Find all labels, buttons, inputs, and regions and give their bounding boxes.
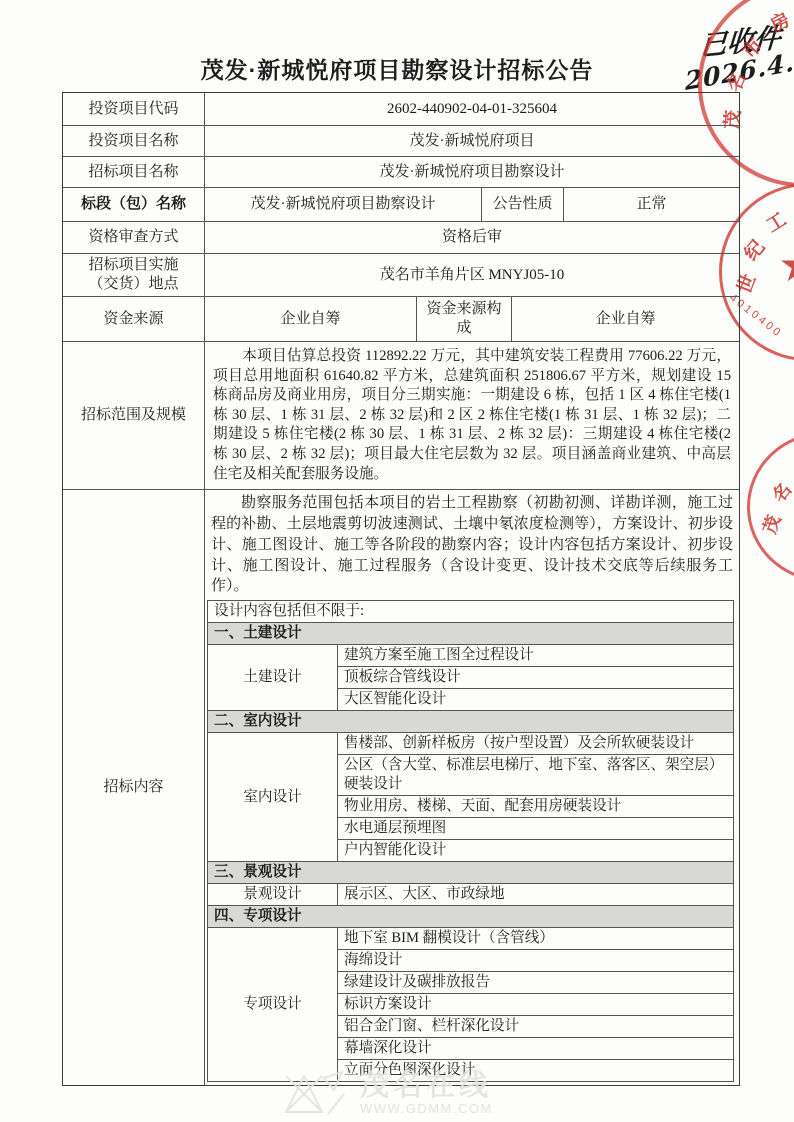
list-item: 大区智能化设计: [338, 689, 734, 711]
row-value: 2602-440902-04-01-325604: [204, 93, 739, 125]
list-item: 地下室 BIM 翻模设计（含管线）: [338, 928, 734, 950]
table-row: 三、景观设计: [208, 862, 734, 884]
list-item: 建筑方案至施工图全过程设计: [338, 645, 734, 667]
watermark-logo-icon: [284, 1070, 350, 1116]
list-item: 户内智能化设计: [338, 840, 734, 862]
list-item: 海绵设计: [338, 950, 734, 972]
list-item: 水电通层预埋图: [338, 818, 734, 840]
row-label: 投资项目代码: [63, 93, 204, 125]
table-row: 招标项目实施 （交货）地点 茂名市羊角片区 MNYJ05-10: [63, 253, 739, 296]
row-label-2: 公告性质: [481, 188, 563, 221]
content-intro-paragraph: 勘察服务范围包括本项目的岩土工程勘察（初勘初测、详勘详测，施工过程的补勘、土层地…: [205, 490, 739, 599]
section-header: 一、土建设计: [208, 623, 734, 645]
document-page: 茂发·新城悦府项目勘察设计招标公告 已收件 2026.4.17 茂 名 市 房 …: [0, 0, 794, 1122]
list-item: 绿建设计及碳排放报告: [338, 972, 734, 994]
design-content-table: 设计内容包括但不限于: 一、土建设计 土建设计 建筑方案至施工图全过程设计 顶板…: [207, 600, 734, 1082]
scope-paragraph: 本项目估算总投资 112892.22 万元，其中建筑安装工程费用 77606.2…: [213, 347, 731, 484]
table-row-scope: 招标范围及规模 本项目估算总投资 112892.22 万元，其中建筑安装工程费用…: [63, 341, 739, 489]
row-value: 茂发·新城悦府项目勘察设计: [204, 188, 481, 221]
table-row: 设计内容包括但不限于:: [208, 601, 734, 623]
row-value: 企业自筹: [204, 297, 416, 341]
list-item: 标识方案设计: [338, 994, 734, 1016]
table-row: 二、室内设计: [208, 711, 734, 733]
red-seal-bottom-icon: 茂 名 市: [747, 432, 794, 582]
row-label: 资格审查方式: [63, 222, 204, 253]
row-label: 招标内容: [63, 490, 204, 1085]
list-item: 幕墙深化设计: [338, 1038, 734, 1060]
table-row: 景观设计 展示区、大区、市政绿地: [208, 884, 734, 906]
row-label: 标段（包）名称: [63, 188, 204, 221]
row-label-2: 资金来源构成: [416, 297, 511, 341]
group-label: 专项设计: [208, 928, 338, 1082]
scope-text-cell: 本项目估算总投资 112892.22 万元，其中建筑安装工程费用 77606.2…: [204, 342, 739, 489]
list-item: 顶板综合管线设计: [338, 667, 734, 689]
row-value-2: 企业自筹: [511, 297, 739, 341]
row-label-line1: 招标项目实施: [88, 256, 178, 275]
page-title: 茂发·新城悦府项目勘察设计招标公告: [0, 52, 794, 85]
list-item: 展示区、大区、市政绿地: [338, 884, 734, 906]
table-row: 室内设计 售楼部、创新样板房（按户型设置）及会所软硬装设计: [208, 733, 734, 755]
content-cell: 勘察服务范围包括本项目的岩土工程勘察（初勘初测、详勘详测，施工过程的补勘、土层地…: [204, 490, 739, 1085]
list-item: 公区（含大堂、标准层电梯厅、地下室、落客区、架空层）硬装设计: [338, 755, 734, 796]
group-label: 土建设计: [208, 645, 338, 711]
design-note: 设计内容包括但不限于:: [208, 601, 734, 623]
table-row: 一、土建设计: [208, 623, 734, 645]
list-item: 物业用房、楼梯、天面、配套用房硬装设计: [338, 796, 734, 818]
table-row: 四、专项设计: [208, 906, 734, 928]
watermark-site-url: WWW.GDMM.COM: [360, 1101, 493, 1116]
table-row: 专项设计 地下室 BIM 翻模设计（含管线）: [208, 928, 734, 950]
row-value-2: 正常: [563, 188, 739, 221]
row-label: 招标范围及规模: [63, 342, 204, 489]
seal-char: 工: [760, 205, 790, 238]
watermark-site-name: 茂名在线: [360, 1071, 493, 1101]
watermark-text: 茂名在线 WWW.GDMM.COM: [360, 1071, 493, 1116]
row-label: 投资项目名称: [63, 126, 204, 156]
table-row: 投资项目名称 茂发·新城悦府项目: [63, 125, 739, 156]
section-header: 三、景观设计: [208, 862, 734, 884]
table-row: 土建设计 建筑方案至施工图全过程设计: [208, 645, 734, 667]
info-table: 投资项目代码 2602-440902-04-01-325604 投资项目名称 茂…: [62, 92, 740, 1086]
table-row-content: 招标内容 勘察服务范围包括本项目的岩土工程勘察（初勘初测、详勘详测，施工过程的补…: [63, 489, 739, 1085]
table-row: 资格审查方式 资格后审: [63, 221, 739, 253]
row-value: 茂名市羊角片区 MNYJ05-10: [204, 254, 739, 296]
row-value: 茂发·新城悦府项目勘察设计: [204, 157, 739, 187]
seal-star-icon: ★: [778, 238, 794, 292]
row-label-line2: （交货）地点: [88, 275, 178, 294]
table-row-section: 标段（包）名称 茂发·新城悦府项目勘察设计 公告性质 正常: [63, 187, 739, 221]
row-value: 资格后审: [204, 222, 739, 253]
seal-char: 纪: [737, 234, 770, 266]
row-label: 资金来源: [63, 297, 204, 341]
group-label: 室内设计: [208, 733, 338, 862]
section-header: 四、专项设计: [208, 906, 734, 928]
row-label: 招标项目名称: [63, 157, 204, 187]
table-row-funding: 资金来源 企业自筹 资金来源构成 企业自筹: [63, 296, 739, 341]
section-header: 二、室内设计: [208, 711, 734, 733]
table-row: 招标项目名称 茂发·新城悦府项目勘察设计: [63, 156, 739, 187]
row-label: 招标项目实施 （交货）地点: [63, 254, 204, 296]
table-row: 投资项目代码 2602-440902-04-01-325604: [63, 93, 739, 125]
seal-char: 茂: [756, 511, 787, 537]
site-watermark: 茂名在线 WWW.GDMM.COM: [284, 1070, 493, 1116]
list-item: 售楼部、创新样板房（按户型设置）及会所软硬装设计: [338, 733, 734, 755]
group-label: 景观设计: [208, 884, 338, 906]
row-value: 茂发·新城悦府项目: [204, 126, 739, 156]
list-item: 铝合金门窗、栏杆深化设计: [338, 1016, 734, 1038]
seal-char: 名: [765, 477, 794, 508]
